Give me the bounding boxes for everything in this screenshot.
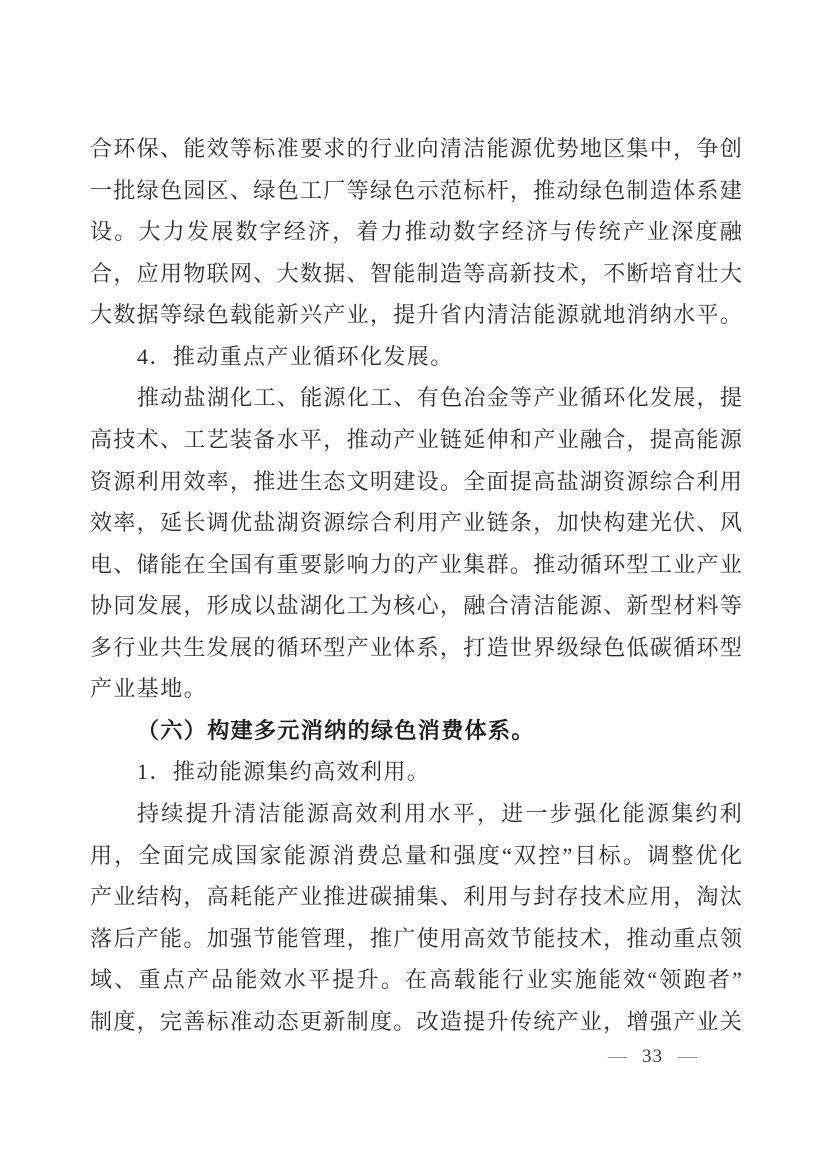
- document-page: 合环保、能效等标准要求的行业向清洁能源优势地区集中，争创一批绿色园区、绿色工厂等…: [0, 0, 827, 1169]
- page-content: 合环保、能效等标准要求的行业向清洁能源优势地区集中，争创一批绿色园区、绿色工厂等…: [90, 128, 742, 1042]
- text-line: 大数据等绿色载能新兴产业，提升省内清洁能源就地消纳水平。: [90, 294, 742, 336]
- text-line: 效率，延长调优盐湖资源综合利用产业链条，加快构建光伏、风: [90, 502, 742, 544]
- text-line: 落后产能。加强节能管理，推广使用高效节能技术，推动重点领: [90, 918, 742, 960]
- text-line: （六）构建多元消纳的绿色消费体系。: [90, 710, 742, 752]
- text-line: 高技术、工艺装备水平，推动产业链延伸和产业融合，提高能源: [90, 419, 742, 461]
- text-line: 一批绿色园区、绿色工厂等绿色示范标杆，推动绿色制造体系建: [90, 170, 742, 212]
- text-line: 设。大力发展数字经济，着力推动数字经济与传统产业深度融: [90, 211, 742, 253]
- text-line: 1．推动能源集约高效利用。: [90, 751, 742, 793]
- text-line: 协同发展，形成以盐湖化工为核心，融合清洁能源、新型材料等: [90, 585, 742, 627]
- footer-dash-right: —: [678, 1046, 697, 1068]
- text-line: 4．推动重点产业循环化发展。: [90, 336, 742, 378]
- text-line: 产业结构，高耗能产业推进碳捕集、利用与封存技术应用，淘汰: [90, 876, 742, 918]
- text-line: 电、储能在全国有重要影响力的产业集群。推动循环型工业产业: [90, 544, 742, 586]
- text-line: 合，应用物联网、大数据、智能制造等高新技术，不断培育壮大: [90, 253, 742, 295]
- page-number: 33: [642, 1046, 663, 1068]
- text-line: 推动盐湖化工、能源化工、有色冶金等产业循环化发展，提: [90, 377, 742, 419]
- text-line: 域、重点产品能效水平提升。在高载能行业实施能效“领跑者”: [90, 959, 742, 1001]
- text-line: 制度，完善标准动态更新制度。改造提升传统产业，增强产业关: [90, 1001, 742, 1043]
- page-footer: — 33 —: [608, 1046, 697, 1068]
- text-line: 产业基地。: [90, 668, 742, 710]
- text-line: 合环保、能效等标准要求的行业向清洁能源优势地区集中，争创: [90, 128, 742, 170]
- text-line: 多行业共生发展的循环型产业体系，打造世界级绿色低碳循环型: [90, 627, 742, 669]
- text-line: 资源利用效率，推进生态文明建设。全面提高盐湖资源综合利用: [90, 461, 742, 503]
- text-line: 用，全面完成国家能源消费总量和强度“双控”目标。调整优化: [90, 835, 742, 877]
- text-line: 持续提升清洁能源高效利用水平，进一步强化能源集约利: [90, 793, 742, 835]
- footer-dash-left: —: [608, 1046, 627, 1068]
